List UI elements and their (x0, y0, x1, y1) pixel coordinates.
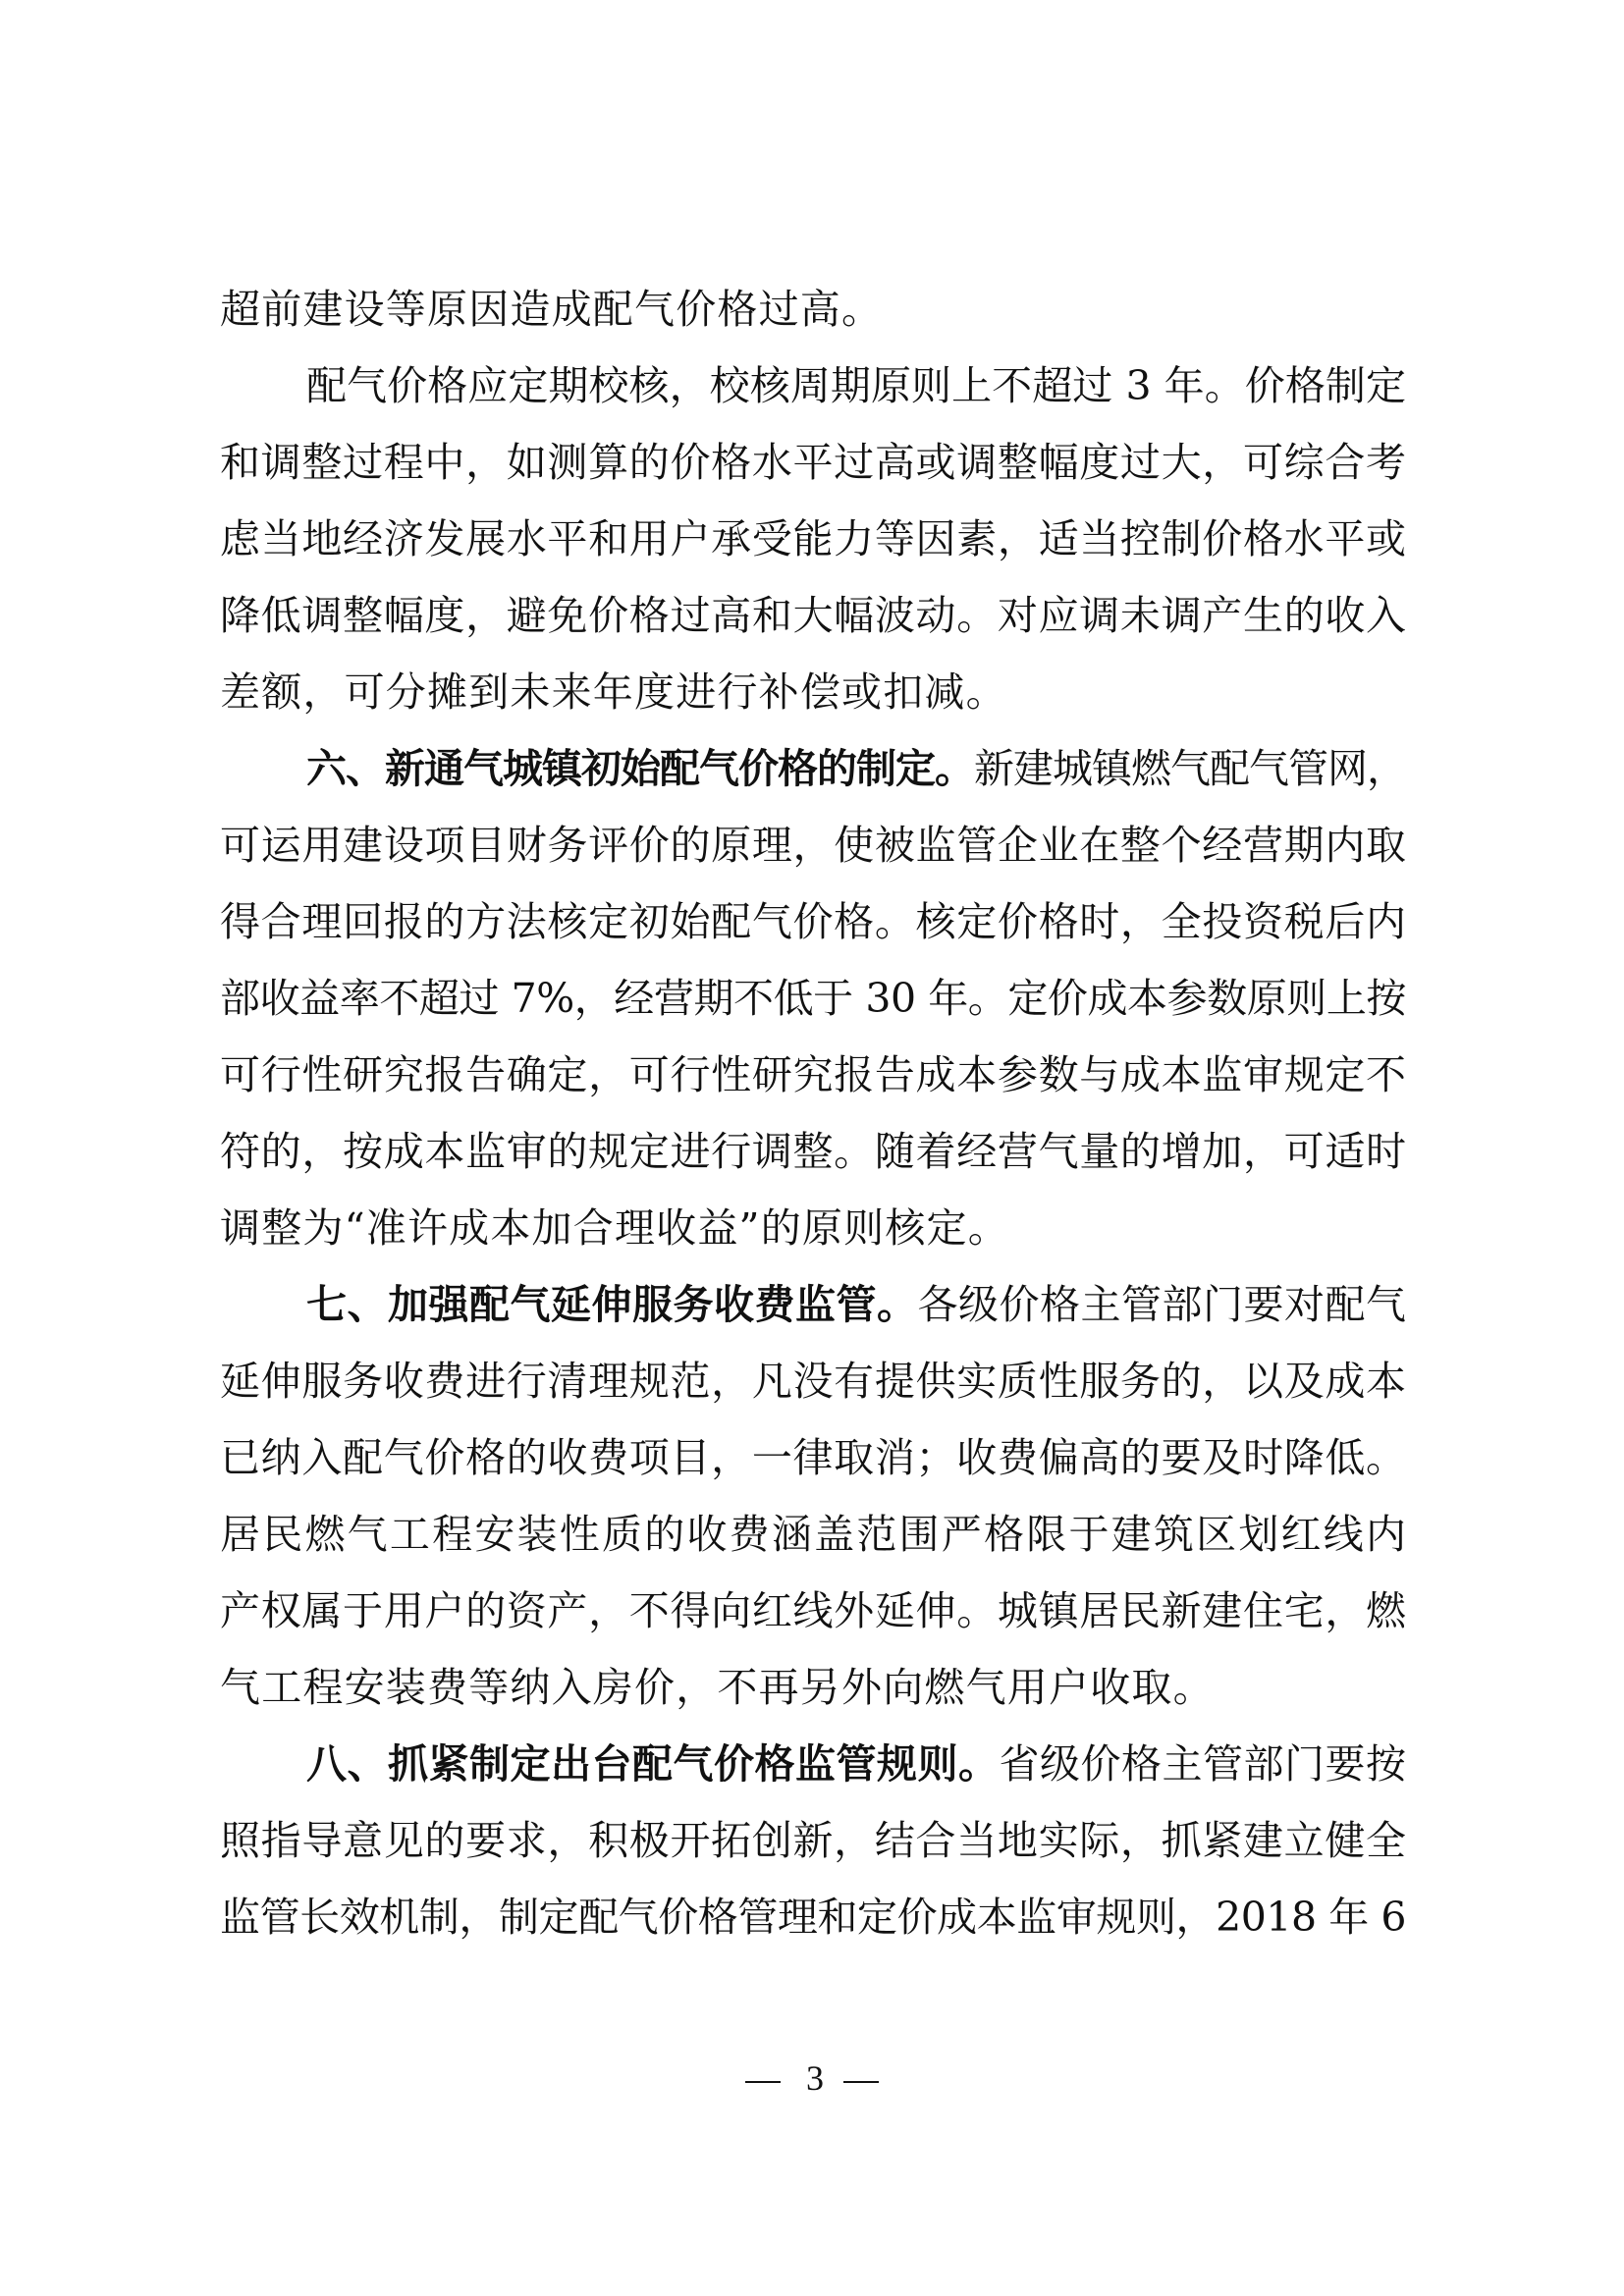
line-text: 超前建设等原因造成配气价格过高。 (220, 286, 883, 333)
text-line: 六、新通气城镇初始配气价格的制定。新建城镇燃气配气管网， (220, 730, 1406, 807)
text-line: 八、抓紧制定出台配气价格监管规则。省级价格主管部门要按 (220, 1726, 1406, 1802)
line-text: 部收益率不超过 7%，经营期不低于 30 年。定价成本参数原则上按 (220, 975, 1406, 1022)
text-line: 部收益率不超过 7%，经营期不低于 30 年。定价成本参数原则上按 (220, 960, 1406, 1037)
line-text: 延伸服务收费进行清理规范，凡没有提供实质性服务的，以及成本 (220, 1358, 1406, 1405)
page-number-dash-right (843, 2081, 879, 2083)
section-heading-8: 八、抓紧制定出台配气价格监管规则。 (306, 1740, 1000, 1788)
section-heading-7: 七、加强配气延伸服务收费监管。 (306, 1281, 918, 1328)
page-number: 3 (0, 2054, 1624, 2103)
line-text: 居民燃气工程安装性质的收费涵盖范围严格限于建筑区划红线内 (220, 1511, 1406, 1558)
line-text: 符的，按成本监审的规定进行调整。随着经营气量的增加，可适时 (220, 1128, 1406, 1175)
line-text: 监管长效机制，制定配气价格管理和定价成本监审规则，2018 年 6 (220, 1894, 1406, 1941)
text-line: 调整为“准许成本加合理收益”的原则核定。 (220, 1190, 1406, 1266)
line-text: 省级价格主管部门要按 (1000, 1740, 1407, 1788)
line-text: 已纳入配气价格的收费项目，一律取消；收费偏高的要及时降低。 (220, 1434, 1406, 1481)
text-line: 产权属于用户的资产，不得向红线外延伸。城镇居民新建住宅，燃 (220, 1573, 1406, 1649)
text-line: 差额，可分摊到未来年度进行补偿或扣减。 (220, 654, 1406, 730)
line-text: 和调整过程中，如测算的价格水平过高或调整幅度过大，可综合考 (220, 439, 1406, 486)
text-line: 得合理回报的方法核定初始配气价格。核定价格时，全投资税后内 (220, 883, 1406, 960)
line-text: 气工程安装费等纳入房价，不再另外向燃气用户收取。 (220, 1664, 1215, 1711)
text-line: 可行性研究报告确定，可行性研究报告成本参数与成本监审规定不 (220, 1037, 1406, 1113)
line-text: 调整为“准许成本加合理收益”的原则核定。 (220, 1204, 1009, 1252)
text-line: 符的，按成本监审的规定进行调整。随着经营气量的增加，可适时 (220, 1113, 1406, 1190)
text-line: 七、加强配气延伸服务收费监管。各级价格主管部门要对配气 (220, 1266, 1406, 1343)
text-line: 气工程安装费等纳入房价，不再另外向燃气用户收取。 (220, 1649, 1406, 1726)
text-line: 已纳入配气价格的收费项目，一律取消；收费偏高的要及时降低。 (220, 1419, 1406, 1496)
body-text: 超前建设等原因造成配气价格过高。 配气价格应定期校核，校核周期原则上不超过 3 … (220, 271, 1406, 1955)
document-page: 超前建设等原因造成配气价格过高。 配气价格应定期校核，校核周期原则上不超过 3 … (0, 0, 1624, 2296)
page-number-dash-left (745, 2081, 781, 2083)
line-text: 降低调整幅度，避免价格过高和大幅波动。对应调未调产生的收入 (220, 592, 1406, 639)
text-line: 降低调整幅度，避免价格过高和大幅波动。对应调未调产生的收入 (220, 577, 1406, 654)
line-text: 产权属于用户的资产，不得向红线外延伸。城镇居民新建住宅，燃 (220, 1587, 1406, 1634)
text-line: 照指导意见的要求，积极开拓创新，结合当地实际，抓紧建立健全 (220, 1802, 1406, 1879)
text-line: 配气价格应定期校核，校核周期原则上不超过 3 年。价格制定 (220, 347, 1406, 424)
text-line: 虑当地经济发展水平和用户承受能力等因素，适当控制价格水平或 (220, 501, 1406, 577)
page-number-value: 3 (786, 2058, 824, 2098)
line-text: 照指导意见的要求，积极开拓创新，结合当地实际，抓紧建立健全 (220, 1817, 1406, 1864)
line-text: 差额，可分摊到未来年度进行补偿或扣减。 (220, 668, 1007, 716)
line-text: 可行性研究报告确定，可行性研究报告成本参数与成本监审规定不 (220, 1051, 1406, 1098)
line-text: 虑当地经济发展水平和用户承受能力等因素，适当控制价格水平或 (220, 515, 1406, 562)
text-line: 延伸服务收费进行清理规范，凡没有提供实质性服务的，以及成本 (220, 1343, 1406, 1419)
text-line: 居民燃气工程安装性质的收费涵盖范围严格限于建筑区划红线内 (220, 1496, 1406, 1573)
text-line: 超前建设等原因造成配气价格过高。 (220, 271, 1406, 347)
text-line: 和调整过程中，如测算的价格水平过高或调整幅度过大，可综合考 (220, 424, 1406, 501)
line-text: 各级价格主管部门要对配气 (918, 1281, 1407, 1328)
text-line: 可运用建设项目财务评价的原理，使被监管企业在整个经营期内取 (220, 807, 1406, 883)
line-text: 新建城镇燃气配气管网， (974, 745, 1406, 792)
line-text: 可运用建设项目财务评价的原理，使被监管企业在整个经营期内取 (220, 822, 1406, 869)
line-text: 配气价格应定期校核，校核周期原则上不超过 3 年。价格制定 (306, 362, 1406, 409)
text-line: 监管长效机制，制定配气价格管理和定价成本监审规则，2018 年 6 (220, 1879, 1406, 1955)
line-text: 得合理回报的方法核定初始配气价格。核定价格时，全投资税后内 (220, 898, 1406, 945)
section-heading-6: 六、新通气城镇初始配气价格的制定。 (306, 745, 974, 792)
